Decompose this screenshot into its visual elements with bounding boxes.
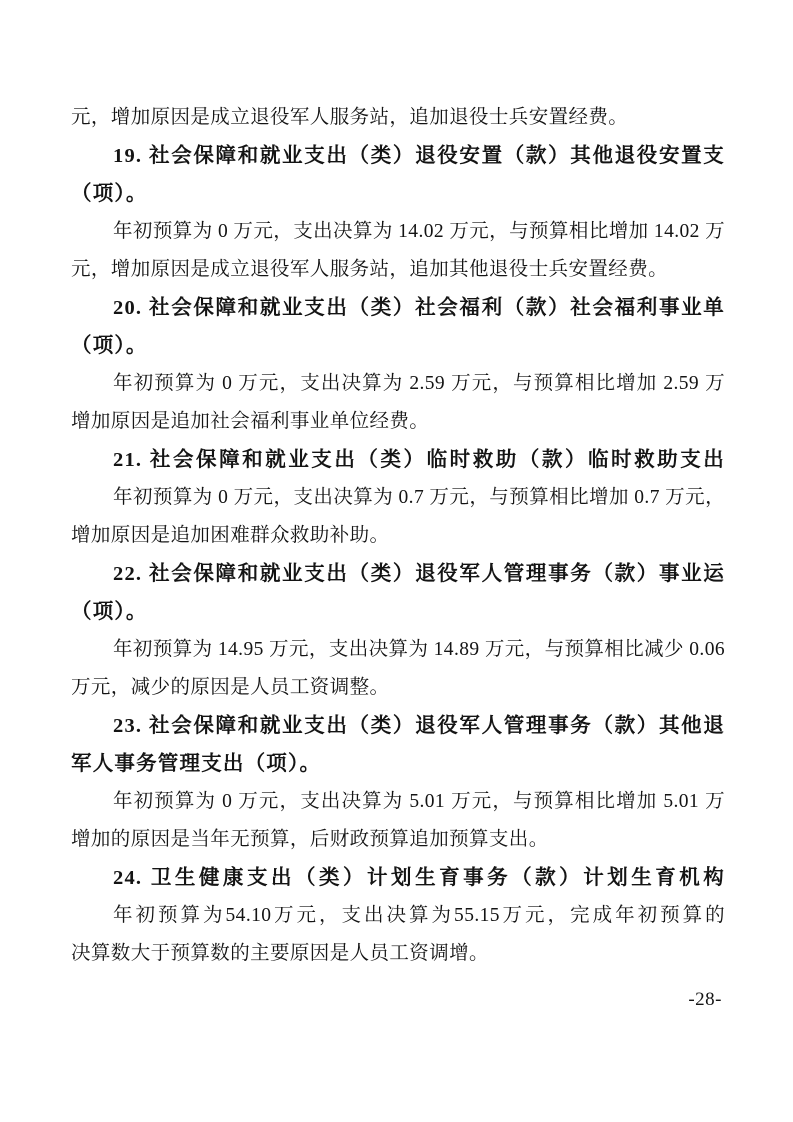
section-19-body-line-2: 元，增加原因是成立退役军人服务站，追加其他退役士兵安置经费。 <box>71 251 725 289</box>
section-20-heading-line-1: 20. 社会保障和就业支出（类）社会福利（款）社会福利事业单位 <box>71 289 725 327</box>
section-21-body-line-2: 增加原因是追加困难群众救助补助。 <box>71 517 725 555</box>
section-22-body-line-1: 年初预算为 14.95 万元，支出决算为 14.89 万元，与预算相比减少 0.… <box>71 631 725 669</box>
section-23-body-line-2: 增加的原因是当年无预算，后财政预算追加预算支出。 <box>71 821 725 859</box>
section-24-body-line-2: 决算数大于预算数的主要原因是人员工资调增。 <box>71 935 725 973</box>
section-22-body-line-2: 万元，减少的原因是人员工资调整。 <box>71 669 725 707</box>
section-22-heading-line-2: （项）。 <box>71 593 725 631</box>
section-19-heading-line-2: （项）。 <box>71 175 725 213</box>
section-24-heading-line-1: 24. 卫生健康支出（类）计划生育事务（款）计划生育机构（项）。 <box>71 859 725 897</box>
section-23-heading-line-2: 军人事务管理支出（项）。 <box>71 745 725 783</box>
section-23-heading-line-1: 23. 社会保障和就业支出（类）退役军人管理事务（款）其他退役 <box>71 707 725 745</box>
page-number: -28- <box>688 988 722 1012</box>
section-23-body-line-1: 年初预算为 0 万元，支出决算为 5.01 万元，与预算相比增加 5.01 万元… <box>71 783 725 821</box>
previous-paragraph-continuation-line: 元，增加原因是成立退役军人服务站，追加退役士兵安置经费。 <box>71 99 725 137</box>
section-20-body-line-2: 增加原因是追加社会福利事业单位经费。 <box>71 403 725 441</box>
section-21-heading-line-1: 21. 社会保障和就业支出（类）临时救助（款）临时救助支出（项）。 <box>71 441 725 479</box>
document-page: 元，增加原因是成立退役军人服务站，追加退役士兵安置经费。 19. 社会保障和就业… <box>0 0 793 1122</box>
section-20-heading-line-2: （项）。 <box>71 327 725 365</box>
section-22-heading-line-1: 22. 社会保障和就业支出（类）退役军人管理事务（款）事业运行 <box>71 555 725 593</box>
section-20-body-line-1: 年初预算为 0 万元，支出决算为 2.59 万元，与预算相比增加 2.59 万元… <box>71 365 725 403</box>
section-21-body-line-1: 年初预算为 0 万元，支出决算为 0.7 万元，与预算相比增加 0.7 万元， <box>71 479 725 517</box>
page-content: 元，增加原因是成立退役军人服务站，追加退役士兵安置经费。 19. 社会保障和就业… <box>71 99 725 973</box>
section-19-heading-line-1: 19. 社会保障和就业支出（类）退役安置（款）其他退役安置支出 <box>71 137 725 175</box>
section-19-body-line-1: 年初预算为 0 万元，支出决算为 14.02 万元，与预算相比增加 14.02 … <box>71 213 725 251</box>
section-24-body-line-1: 年初预算为54.10万元，支出决算为55.15万元，完成年初预算的101.94%… <box>71 897 725 935</box>
